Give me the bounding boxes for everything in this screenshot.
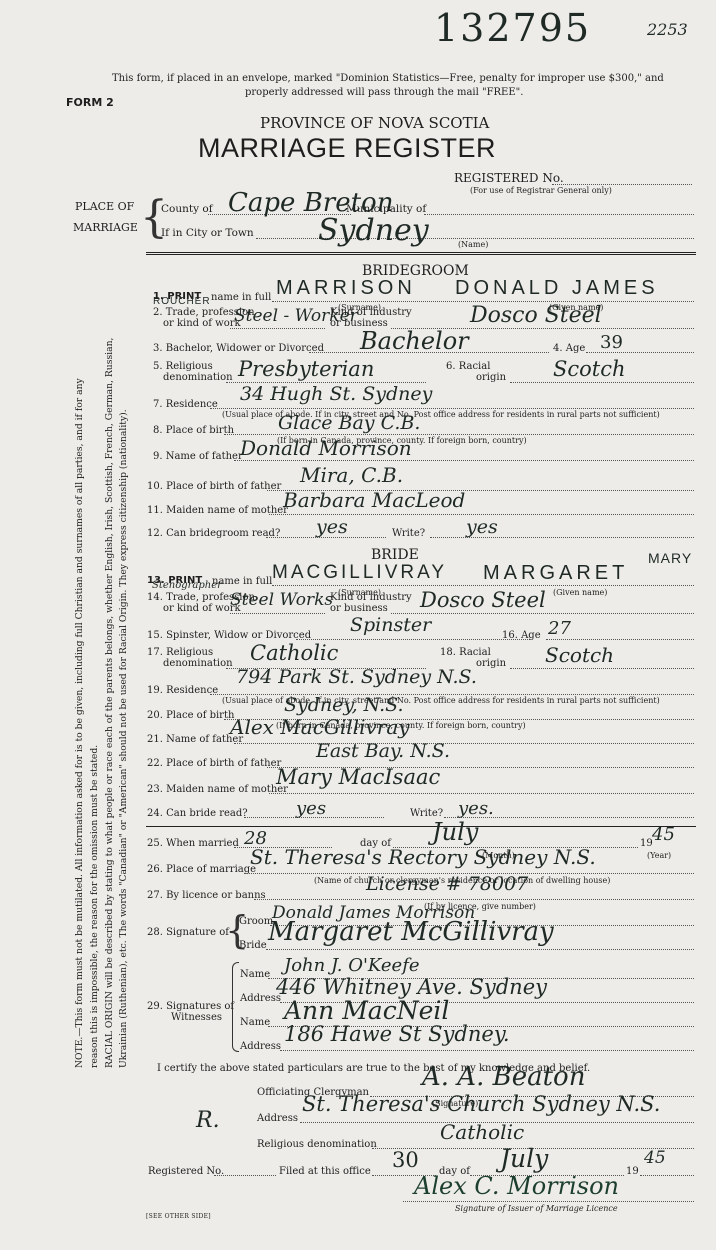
registered-no-label: REGISTERED No. xyxy=(454,172,564,185)
bride-industry-label-2: or business xyxy=(330,603,388,614)
f6-label-1: 6. Racial xyxy=(446,361,490,372)
f17-label-2: denomination xyxy=(163,658,233,669)
f4-label: 4. Age xyxy=(553,343,585,354)
witness2-address-label: Address xyxy=(240,1041,281,1052)
clergy-address-label: Address xyxy=(257,1113,298,1124)
f5-label-1: 5. Religious xyxy=(153,361,213,372)
corner-number: 2253 xyxy=(647,20,688,39)
groom-residence-value: 34 Hugh St. Sydney xyxy=(240,383,432,405)
filing-registered-field[interactable] xyxy=(214,1175,276,1176)
bride-trade-value: Steel Works xyxy=(230,590,333,610)
f28-label: 28. Signature of xyxy=(147,927,229,938)
bride-status-value: Spinster xyxy=(350,614,431,636)
groom-trade-annotation: ROUCHER xyxy=(153,296,211,307)
bride-read-value: yes xyxy=(296,798,326,819)
bride-father-value: Alex MacGillivray xyxy=(230,715,410,739)
place-of-label-1: PLACE OF xyxy=(75,201,134,213)
bride-mother-field[interactable] xyxy=(269,793,694,794)
married-year-note: (Year) xyxy=(647,851,671,860)
city-value: Sydney xyxy=(318,213,429,248)
municipality-field[interactable] xyxy=(424,214,694,215)
groom-trade-field[interactable] xyxy=(230,328,325,329)
licence-field[interactable] xyxy=(254,899,694,900)
side-note-col-2: reason this is impossible, the reason fo… xyxy=(88,278,101,1068)
married-month-value: July xyxy=(432,818,478,846)
f21-label: 21. Name of father xyxy=(147,734,243,745)
married-year-value: 45 xyxy=(652,824,675,845)
bride-name-field[interactable] xyxy=(272,585,694,586)
groom-mother-field[interactable] xyxy=(269,514,694,515)
f6-label-2: origin xyxy=(476,372,506,383)
margin-initials: R. xyxy=(196,1108,220,1133)
clergy-address-value: St. Theresa's Church Sydney N.S. xyxy=(302,1092,660,1116)
bride-father-field[interactable] xyxy=(234,743,694,744)
province-title: PROVINCE OF NOVA SCOTIA xyxy=(260,115,489,132)
see-other-side: [SEE OTHER SIDE] xyxy=(146,1213,211,1220)
bride-sig-label: Bride xyxy=(239,940,267,951)
f1-label: name in full xyxy=(211,292,271,303)
issuer-signature: Alex C. Morrison xyxy=(414,1172,619,1200)
groom-mother-value: Barbara MacLeod xyxy=(283,488,465,512)
groom-religion-value: Presbyterian xyxy=(238,357,374,381)
groom-racial-field[interactable] xyxy=(510,382,694,383)
bride-surname: MACGILLIVRAY xyxy=(272,562,447,584)
witness1-name: John J. O'Keefe xyxy=(284,955,420,976)
witness-bracket xyxy=(232,962,239,1052)
f18-label-2: origin xyxy=(476,658,506,669)
side-note-col-4: Ukrainian (Ruthenian), etc. The words "C… xyxy=(117,278,130,1068)
side-note-col-1: NOTE.—This form must not be mutilated. A… xyxy=(73,278,86,1068)
f5-label-2: denomination xyxy=(163,372,233,383)
serial-number: 132795 xyxy=(434,6,591,50)
filed-day-value: 30 xyxy=(392,1148,419,1172)
filed-month-value: July xyxy=(500,1144,548,1173)
witness2-address-field[interactable] xyxy=(280,1050,694,1051)
filing-registered-label: Registered No. xyxy=(148,1166,224,1177)
bride-racial-field[interactable] xyxy=(510,668,694,669)
f10-label: 10. Place of birth of father xyxy=(147,481,281,492)
issuer-signature-field[interactable] xyxy=(403,1201,694,1202)
filed-year-value: 45 xyxy=(644,1148,666,1168)
groom-status-value: Bachelor xyxy=(360,327,469,355)
bride-given-annotation: MARY xyxy=(648,550,692,566)
clergy-denomination-label: Religious denomination xyxy=(257,1139,377,1150)
bride-residence-value: 794 Park St. Sydney N.S. xyxy=(236,666,477,688)
groom-birthplace-value: Glace Bay C.B. xyxy=(278,412,420,434)
f17-label-1: 17. Religious xyxy=(147,647,213,658)
f11-label: 11. Maiden name of mother xyxy=(147,505,288,516)
bride-birthplace-value: Sydney, N.S. xyxy=(284,694,404,716)
f15-label: 15. Spinster, Widow or Divorced xyxy=(147,630,311,641)
registered-no-field[interactable] xyxy=(552,184,692,185)
filed-label: Filed at this office xyxy=(279,1166,371,1177)
witness2-address: 186 Hawe St Sydney. xyxy=(284,1022,510,1046)
f26-label: 26. Place of marriage xyxy=(147,864,256,875)
mail-notice-line2: properly addressed will pass through the… xyxy=(245,87,523,98)
bride-industry-field[interactable] xyxy=(391,613,694,614)
marriage-place-value: St. Theresa's Rectory Sydney N.S. xyxy=(250,845,596,869)
f7-label: 7. Residence xyxy=(153,399,218,410)
groom-racial-value: Scotch xyxy=(553,357,626,381)
f18-label-1: 18. Racial xyxy=(440,647,491,658)
groom-read-value: yes xyxy=(316,516,348,538)
bride-status-field[interactable] xyxy=(296,639,530,640)
bride-given-name: MARGARET xyxy=(483,562,628,585)
groom-father-value: Donald Morrison xyxy=(240,436,412,460)
bride-industry-value: Dosco Steel xyxy=(420,588,546,612)
clergy-denomination-value: Catholic xyxy=(440,1120,524,1144)
groom-father-field[interactable] xyxy=(234,460,694,461)
groom-write-value: yes xyxy=(466,516,498,538)
mail-notice-line1: This form, if placed in an envelope, mar… xyxy=(112,73,664,84)
bride-residence-field[interactable] xyxy=(210,694,694,695)
f23-label: 23. Maiden name of mother xyxy=(147,784,288,795)
bride-divider xyxy=(146,826,696,827)
f19-label: 19. Residence xyxy=(147,685,218,696)
witness2-name: Ann MacNeil xyxy=(284,996,449,1025)
bride-trade-annotation: Stenographer xyxy=(152,580,222,591)
groom-industry-value: Dosco Steel xyxy=(470,303,602,328)
f12-label: 12. Can bridegroom read? xyxy=(147,528,280,539)
f25-label: 25. When married xyxy=(147,838,239,849)
f2-label-2: or kind of work xyxy=(163,318,241,329)
bride-racial-value: Scotch xyxy=(545,643,614,667)
f24-label: 24. Can bride read? xyxy=(147,808,248,819)
licence-value: License # 78007 xyxy=(366,873,528,895)
groom-name-field[interactable] xyxy=(272,301,694,302)
groom-given-name: DONALD JAMES xyxy=(455,277,659,300)
witness2-name-label: Name xyxy=(240,1017,270,1028)
bride-write-value: yes. xyxy=(458,798,494,819)
county-label: County of xyxy=(161,204,213,216)
groom-industry-label-1: Kind of industry xyxy=(330,307,412,318)
f3-label: 3. Bachelor, Widower or Divorced xyxy=(153,343,324,354)
f22-label: 22. Place of birth of father xyxy=(147,758,281,769)
bride-trade-field[interactable] xyxy=(230,613,325,614)
bride-signature: Margaret McGillivray xyxy=(268,917,554,947)
bride-religion-value: Catholic xyxy=(250,641,338,665)
f27-label: 27. By licence or banns xyxy=(147,890,266,901)
bride-age-field[interactable] xyxy=(546,639,694,640)
clergyman-signature: A. A. Beaton xyxy=(422,1062,585,1092)
form-label: FORM 2 xyxy=(66,97,114,109)
filed-year-prefix: 19 xyxy=(626,1166,639,1177)
page-title: MARRIAGE REGISTER xyxy=(198,134,496,164)
groom-father-birth-value: Mira, C.B. xyxy=(300,463,403,487)
side-note-line1: NOTE.—This form must not be mutilated. A… xyxy=(74,378,85,1068)
bride-signature-field[interactable] xyxy=(266,949,694,950)
side-note-line2: reason this is impossible, the reason fo… xyxy=(89,745,100,1068)
bride-industry-label-1: Kind of industry xyxy=(330,592,412,603)
f14-label-2: or kind of work xyxy=(163,603,241,614)
groom-birthplace-field[interactable] xyxy=(224,434,694,435)
f29-label-2: Witnesses xyxy=(171,1012,222,1023)
groom-age-value: 39 xyxy=(600,332,623,353)
bride-mother-value: Mary MacIsaac xyxy=(276,765,440,789)
side-note-line3: RACIAL ORIGIN will be described by stati… xyxy=(104,338,115,1068)
groom-residence-field[interactable] xyxy=(210,408,694,409)
side-note-col-3: RACIAL ORIGIN will be described by stati… xyxy=(103,278,116,1068)
witness1-name-label: Name xyxy=(240,969,270,980)
section-divider xyxy=(146,252,696,255)
f20-label: 20. Place of birth xyxy=(147,710,234,721)
filed-year-field[interactable] xyxy=(640,1175,694,1176)
f16-label: 16. Age xyxy=(502,630,541,641)
registered-no-note: (For use of Registrar General only) xyxy=(470,186,612,195)
city-label: If in City or Town xyxy=(161,228,254,240)
married-year-prefix: 19 xyxy=(640,838,653,849)
f29-label-1: 29. Signatures of xyxy=(147,1001,234,1012)
place-of-label-2: MARRIAGE xyxy=(73,222,138,234)
groom-surname: MARRISON xyxy=(276,277,416,300)
bride-given-note: (Given name) xyxy=(553,588,607,597)
f9-label: 9. Name of father xyxy=(153,451,243,462)
witness1-address-label: Address xyxy=(240,993,281,1004)
bride-age-value: 27 xyxy=(548,618,571,639)
bride-father-birth-value: East Bay. N.S. xyxy=(316,740,450,762)
city-name-note: (Name) xyxy=(458,240,488,249)
groom-write-label: Write? xyxy=(392,528,425,539)
issuer-note: Signature of Issuer of Marriage Licence xyxy=(455,1204,618,1213)
side-note-line4: Ukrainian (Ruthenian), etc. The words "C… xyxy=(118,409,129,1068)
f8-label: 8. Place of birth xyxy=(153,425,234,436)
